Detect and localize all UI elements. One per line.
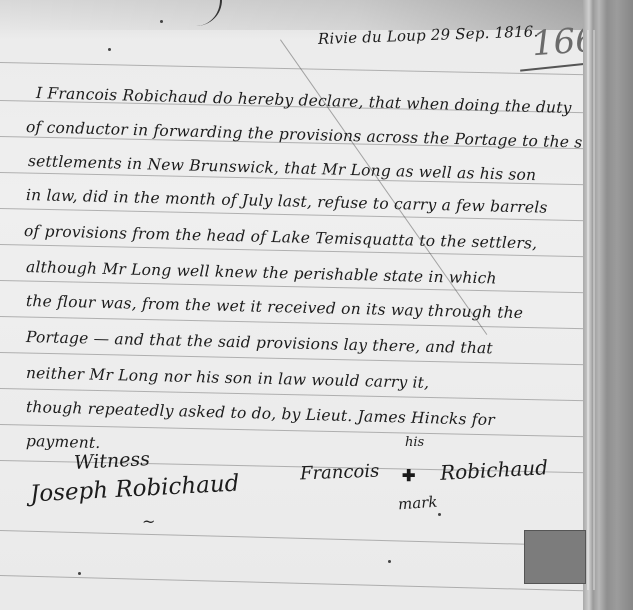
body-line: Portage — and that the said provisions l… [26,328,493,357]
diagonal-line [280,39,487,334]
binding-edge [583,0,633,610]
body-line: in law, did in the month of July last, r… [26,186,548,217]
page-tab [524,530,586,584]
ruled-line [0,530,593,547]
binding-line [587,30,589,590]
declarant-his-label: his [405,435,424,450]
declarant-first-name: Francois [300,461,380,485]
ink-speck [388,560,391,563]
witness-label: Witness [73,448,150,474]
ink-speck [160,20,163,23]
declarant-mark-label: mark [397,493,438,514]
ink-speck [108,48,111,51]
ruled-line [0,575,593,592]
body-line: of provisions from the head of Lake Temi… [24,222,538,253]
body-line: settlements in New Brunswick, that Mr Lo… [28,152,537,184]
document-header: Rivie du Loup 29 Sep. 1816. [318,22,539,48]
body-line: though repeatedly asked to do, by Lieut.… [26,398,495,429]
body-line: neither Mr Long nor his son in law would… [26,364,430,392]
declarant-cross-mark-icon: ✚ [402,466,415,485]
document-page: Rivie du Loup 29 Sep. 1816. 166 I Franco… [0,0,593,610]
witness-flourish: ~ [142,512,155,531]
witness-signature: Joseph Robichaud [29,471,240,508]
body-line: I Francois Robichaud do hereby declare, … [36,84,572,117]
ink-stroke [190,0,222,26]
body-line: payment. [26,432,101,452]
body-line: of conductor in forwarding the provision… [26,118,593,153]
ink-speck [78,572,81,575]
body-line: although Mr Long well knew the perishabl… [26,258,497,287]
folio-underline [520,62,590,71]
declarant-last-name: Robichaud [439,455,548,485]
binding-line [593,30,595,590]
ruled-line [0,352,593,365]
ink-speck [438,513,441,516]
